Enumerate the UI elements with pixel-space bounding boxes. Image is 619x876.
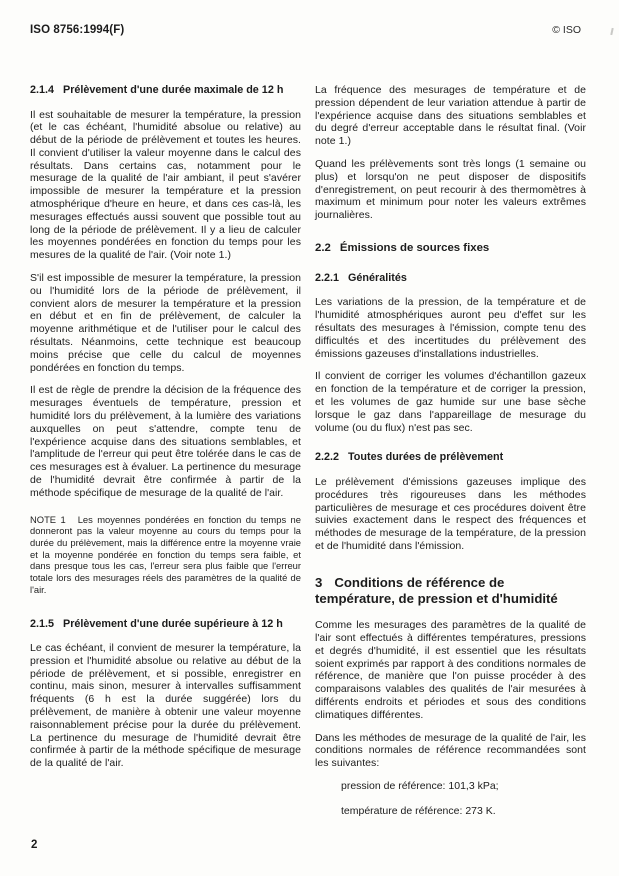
paragraph: Quand les prélèvements sont très longs (…	[315, 158, 586, 222]
note-1: NOTE 1Les moyennes pondérées en fonction…	[30, 514, 301, 596]
section-title: Toutes durées de prélèvement	[348, 451, 503, 463]
note-text: Les moyennes pondérées en fonction du te…	[30, 514, 301, 595]
paragraph: Il est de règle de prendre la décision d…	[30, 384, 301, 499]
section-title: Prélèvement d'une durée maximale de 12 h	[63, 84, 283, 96]
section-number: 3	[315, 575, 322, 590]
paragraph: S'il est impossible de mesurer la tempér…	[30, 272, 301, 374]
section-title: Généralités	[348, 272, 407, 284]
section-number: 2.2.2	[315, 451, 339, 463]
left-column: 2.1.4Prélèvement d'une durée maximale de…	[30, 84, 301, 829]
paragraph: Le prélèvement d'émissions gazeuses impl…	[315, 476, 586, 553]
section-heading-2-2: 2.2Émissions de sources fixes	[315, 241, 586, 255]
reference-pressure: pression de référence: 101,3 kPa;	[315, 780, 586, 793]
paragraph: Il convient de corriger les volumes d'éc…	[315, 370, 586, 434]
right-column: La fréquence des mesurages de températur…	[315, 84, 586, 829]
section-heading-2-2-2: 2.2.2Toutes durées de prélèvement	[315, 451, 586, 465]
paragraph: La fréquence des mesurages de températur…	[315, 84, 586, 148]
document-number: ISO 8756:1994(F)	[30, 24, 124, 36]
section-number: 2.1.5	[30, 618, 54, 630]
section-heading-2-1-5: 2.1.5Prélèvement d'une durée supérieure …	[30, 618, 301, 632]
paragraph: Le cas échéant, il convient de mesurer l…	[30, 642, 301, 770]
section-heading-3: 3Conditions de référence de température,…	[315, 575, 586, 607]
section-title: Conditions de référence de température, …	[315, 575, 558, 606]
note-label: NOTE 1	[30, 514, 66, 525]
page-content: 2.1.4Prélèvement d'une durée maximale de…	[30, 84, 586, 829]
reference-temperature: température de référence: 273 K.	[315, 805, 586, 818]
section-title: Prélèvement d'une durée supérieure à 12 …	[63, 618, 283, 630]
page-header: ISO 8756:1994(F) © ISO	[30, 24, 581, 36]
scan-artifact	[610, 28, 613, 35]
copyright-notice: © ISO	[552, 24, 581, 36]
paragraph: Il est souhaitable de mesurer la tempéra…	[30, 109, 301, 263]
paragraph: Comme les mesurages des paramètres de la…	[315, 619, 586, 721]
paragraph: Dans les méthodes de mesurage de la qual…	[315, 732, 586, 770]
page-number: 2	[31, 839, 37, 851]
section-number: 2.2.1	[315, 272, 339, 284]
document-page: ISO 8756:1994(F) © ISO 2.1.4Prélèvement …	[0, 0, 619, 876]
section-heading-2-2-1: 2.2.1Généralités	[315, 272, 586, 286]
section-number: 2.2	[315, 242, 331, 254]
section-title: Émissions de sources fixes	[340, 242, 489, 254]
section-heading-2-1-4: 2.1.4Prélèvement d'une durée maximale de…	[30, 84, 301, 98]
section-number: 2.1.4	[30, 84, 54, 96]
paragraph: Les variations de la pression, de la tem…	[315, 296, 586, 360]
